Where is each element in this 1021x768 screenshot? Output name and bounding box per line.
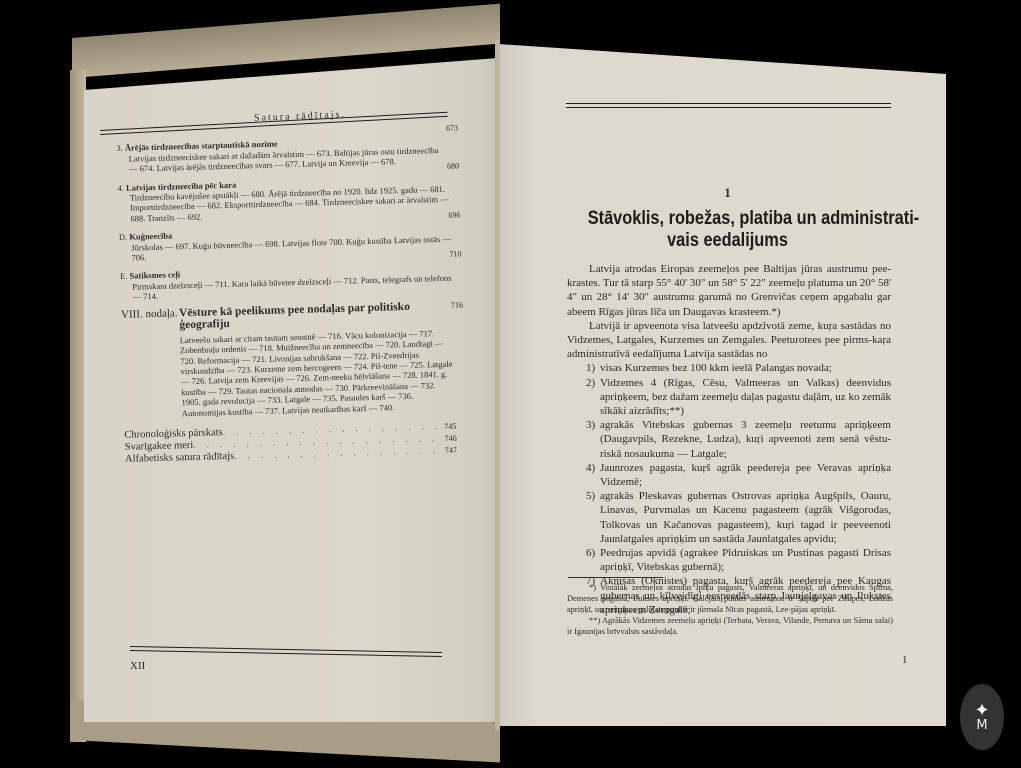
- list-number: 5): [586, 489, 595, 503]
- footnote: **) Agrākās Vidzemes zeemeļu apriņķi (Te…: [567, 615, 893, 637]
- toc-appendix-page: 747: [445, 445, 457, 457]
- toc-chapter-text: Latveešu sakari ar citam tautam senatnē …: [122, 327, 456, 419]
- list-item: 5)agrakās Pleskavas gubernas Ostrovas ap…: [567, 489, 891, 546]
- list-item: 4)Jaunrozes pagasta, kuŗš agrāk peederej…: [567, 461, 891, 489]
- list-text: Vidzemes 4 (Rīgas, Cēsu, Valmeeras un Va…: [600, 377, 891, 417]
- toc-entry-label: 3.: [116, 143, 123, 153]
- watermark-letter: M: [976, 719, 987, 733]
- list-number: 1): [586, 361, 595, 375]
- toc-entry-page: 680: [447, 161, 459, 172]
- toc-chapter[interactable]: 716 VIII. nodaļa. Vēsture kā peelikums p…: [121, 299, 454, 332]
- star-monogram-icon: ✦: [974, 701, 989, 719]
- footnote-rule: [568, 577, 663, 578]
- list-item: 2)Vidzemes 4 (Rīgas, Cēsu, Valmeeras un …: [567, 376, 891, 419]
- list-item: 1)visas Kurzemes bez 100 kkm ieelā Palan…: [567, 361, 891, 375]
- list-text: agrakās Pleskavas gubernas Ostrovas apri…: [600, 490, 891, 545]
- chapter-title-line: vais eedalijums: [588, 230, 868, 252]
- table-of-contents: 673 3. Ārējās tirdzneecības starptautisk…: [116, 124, 457, 466]
- page-folio: XII: [130, 660, 145, 672]
- toc-appendix-page: 746: [445, 433, 457, 445]
- chapter-title: Stāvoklis, robežas, platiba un administr…: [588, 208, 868, 252]
- toc-entry-label: 4.: [117, 182, 124, 192]
- list-text: Peedrujas apvidā (agrakee Pīdruiskas un …: [600, 547, 891, 573]
- toc-entry-title: Satiksmes ceļi: [129, 270, 180, 281]
- toc-chapter-title: Vēsture kā peelikums pee nodaļas par pol…: [179, 299, 454, 331]
- list-number: 3): [586, 418, 595, 432]
- toc-chapter-page: 716: [451, 299, 463, 311]
- page-folio: 1: [902, 654, 908, 666]
- chapter-head-rule: [566, 103, 891, 108]
- list-text: Jaunrozes pagasta, kuŗš agrāk peedereja …: [600, 462, 891, 488]
- watermark-logo: ✦ M: [960, 684, 1004, 750]
- toc-entry-label: D.: [119, 232, 128, 242]
- toc-entry-page: 696: [448, 211, 460, 222]
- list-number: 4): [586, 461, 595, 475]
- footnotes: *) Vistālāk zeemeļos atrodas Ipiķu pagas…: [567, 582, 893, 637]
- toc-entry[interactable]: 710 E. Satiksmes ceļi Pirmskara dzelzsce…: [120, 262, 453, 302]
- list-item: 6)Peedrujas apvidā (agrakee Pīdruiskas u…: [567, 546, 891, 574]
- toc-entry[interactable]: 696 D. Kuģneecība Jūrskolas — 697. Kuģu …: [119, 223, 452, 263]
- book-cover-left-edge: [70, 70, 86, 742]
- list-text: agrakās Vitebskas gubernas 3 zeemeļu ree…: [600, 419, 891, 459]
- list-item: 3)agrakās Vitebskas gubernas 3 zeemeļu r…: [567, 418, 891, 461]
- territory-list: 1)visas Kurzemes bez 100 kkm ieelā Palan…: [567, 361, 891, 617]
- toc-appendix-page: 745: [444, 421, 456, 433]
- book-spine: [495, 40, 500, 730]
- list-number: 2): [586, 376, 595, 390]
- paragraph: Latvija atrodas Eiropas zeemeļos pee Bal…: [567, 262, 891, 319]
- list-text: visas Kurzemes bez 100 kkm ieelā Palanga…: [600, 362, 832, 374]
- toc-chapter-number: VIII. nodaļa.: [121, 307, 180, 333]
- toc-entry-title: Kuģneecība: [129, 231, 172, 242]
- toc-entry-page: 710: [449, 250, 461, 261]
- chapter-title-line: Stāvoklis, robežas, platiba un administr…: [588, 208, 868, 230]
- paragraph: Latvijā ir apveenota visa latveešu apdzī…: [567, 319, 891, 362]
- footnote: *) Vistālāk zeemeļos atrodas Ipiķu pagas…: [567, 582, 893, 615]
- toc-entry[interactable]: 680 4. Latvijas tirdzneecība pēc kara Ti…: [117, 173, 450, 224]
- toc-entry-label: E.: [120, 271, 128, 281]
- chapter-number: 1: [565, 185, 890, 201]
- list-number: 6): [586, 546, 595, 560]
- body-text: Latvija atrodas Eiropas zeemeļos pee Bal…: [567, 262, 891, 617]
